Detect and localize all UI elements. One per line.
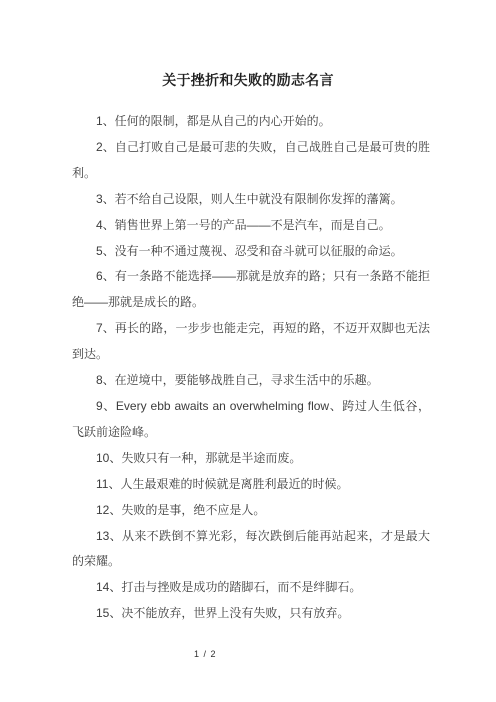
quote-paragraph: 15、决不能放弃，世界上没有失败，只有放弃。 — [72, 601, 430, 627]
quote-paragraph: 10、失败只有一种，那就是半途而废。 — [72, 446, 430, 472]
quote-paragraph: 4、销售世界上第一号的产品——不是汽车，而是自己。 — [72, 213, 430, 239]
document-page: 关于挫折和失败的励志名言 1、任何的限制，都是从自己的内心开始的。2、自己打败自… — [0, 0, 496, 702]
quote-paragraph: 2、自己打败自己是最可悲的失败，自己战胜自己是最可贵的胜利。 — [72, 135, 430, 187]
quote-paragraph: 6、有一条路不能选择——那就是放弃的路；只有一条路不能拒绝——那就是成长的路。 — [72, 264, 430, 316]
quote-paragraph: 11、人生最艰难的时候就是离胜利最近的时候。 — [72, 472, 430, 498]
quote-paragraph: 13、从来不跌倒不算光彩，每次跌倒后能再站起来，才是最大的荣耀。 — [72, 524, 430, 576]
document-title: 关于挫折和失败的励志名言 — [0, 72, 496, 89]
page-number: 1 / 2 — [194, 649, 217, 659]
quote-paragraph: 14、打击与挫败是成功的踏脚石，而不是绊脚石。 — [72, 575, 430, 601]
quote-paragraph: 3、若不给自己设限，则人生中就没有限制你发挥的藩篱。 — [72, 187, 430, 213]
quotes-list: 1、任何的限制，都是从自己的内心开始的。2、自己打败自己是最可悲的失败，自己战胜… — [72, 109, 430, 627]
quote-paragraph: 5、没有一种不通过蔑视、忍受和奋斗就可以征服的命运。 — [72, 239, 430, 265]
quote-paragraph: 12、失败的是事，绝不应是人。 — [72, 498, 430, 524]
quote-paragraph: 9、Every ebb awaits an overwhelming flow、… — [72, 394, 430, 446]
quote-paragraph: 1、任何的限制，都是从自己的内心开始的。 — [72, 109, 430, 135]
quote-paragraph: 7、再长的路，一步步也能走完，再短的路，不迈开双脚也无法到达。 — [72, 316, 430, 368]
quote-paragraph: 8、在逆境中，要能够战胜自己，寻求生活中的乐趣。 — [72, 368, 430, 394]
